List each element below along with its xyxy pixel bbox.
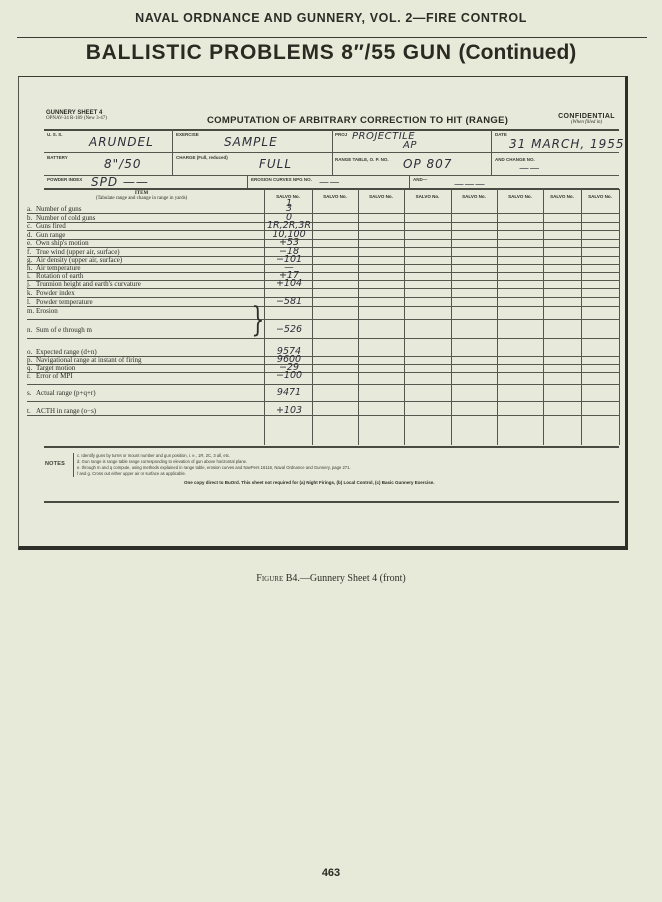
row-rule [27,415,619,416]
item-header: ITEM (Tabulate range and change in range… [19,191,264,201]
row-text: Rotation of earth [36,272,83,280]
row-rule [27,264,619,265]
change-no-label: AND CHANGE NO. [495,157,535,162]
erosion-field[interactable]: —— [319,177,340,188]
gunnery-sheet-form: GUNNERY SHEET 4 OPNAV-34 R-189 (New 3-47… [18,76,628,550]
change-no-field[interactable]: —— [519,163,540,174]
row-label: d.Gun range [27,231,65,239]
running-head: NAVAL ORDNANCE AND GUNNERY, VOL. 2—FIRE … [0,11,662,25]
row-letter: j. [27,280,36,288]
row-rule [27,272,619,273]
classification-note: (When filled in) [558,120,615,125]
battery-label: BATTERY [47,155,68,160]
salvo-column-header: SALVO No. [497,194,543,199]
row-label: p.Navigational range at instant of firin… [27,356,142,364]
row-rule [27,288,619,289]
erosion-label: EROSION CURVES NPG NO. [251,177,312,182]
row-text: ACTH in range (o−s) [36,407,96,415]
column-rule [312,189,313,445]
salvo-column-header: SALVO No. [312,194,358,199]
row-letter: n. [27,326,36,334]
caption-text: —Gunnery Sheet 4 (front) [300,573,406,584]
notes-label: NOTES [45,461,65,467]
row-label: i.Rotation of earth [27,272,83,280]
uss-field[interactable]: ARUNDEL [89,135,154,149]
row-letter: b. [27,214,36,222]
row-letter: d. [27,231,36,239]
charge-label: CHARGE (Full, reduced) [176,155,228,160]
form-id-line2: OPNAV-34 R-189 (New 3-47) [46,116,107,121]
row-rule [27,297,619,298]
salvo-column-header: SALVO No. [358,194,404,199]
row-label: m.Erosion [27,307,58,315]
row-label: k.Powder index [27,289,75,297]
column-rule [619,189,620,445]
projectile-type-field[interactable]: AP [403,140,417,151]
powder-index-field[interactable]: SPD —— [91,175,149,189]
row-letter: f. [27,248,36,256]
salvo-column-header: SALVO No. [581,194,619,199]
row-text: Erosion [36,307,58,315]
range-table-label: RANGE TABLE, O. P. NO. [335,157,389,162]
row-label: t.ACTH in range (o−s) [27,407,96,415]
row-label: j.Trunnion height and earth's curvature [27,280,141,288]
salvo-1-value[interactable]: 9471 [266,387,312,398]
powder-index-label: POWDER INDEX [47,177,82,182]
column-rule [358,189,359,445]
row-rule [27,239,619,240]
page-title-suffix: (Continued) [459,41,577,64]
date-label: DATE [495,132,507,137]
row-label: a.Number of guns [27,205,82,213]
date-field[interactable]: 31 MARCH, 1955 [509,137,625,151]
and-field[interactable]: ——— [454,179,486,190]
row-label: f.True wind (upper air, surface) [27,248,120,256]
notes-list: c. Identify guns by turret or mount numb… [73,453,351,477]
rule [247,175,248,188]
classification: CONFIDENTIAL [558,113,615,120]
row-text: Air temperature [36,264,81,272]
row-label: e.Own ship's motion [27,239,89,247]
row-letter: o. [27,348,36,356]
row-rule [27,401,619,402]
row-label: q.Target motion [27,364,75,372]
row-letter: c. [27,222,36,230]
row-rule [27,364,619,365]
row-text: Trunnion height and earth's curvature [36,280,141,288]
column-rule [497,189,498,445]
row-text: Target motion [36,364,75,372]
row-label: l.Powder temperature [27,298,93,306]
row-rule [27,213,619,214]
row-label: o.Expected range (d+n) [27,348,97,356]
row-letter: t. [27,407,36,415]
row-letter: a. [27,205,36,213]
row-rule [27,306,619,307]
row-text: Own ship's motion [36,239,89,247]
row-rule [27,319,619,320]
column-rule [543,189,544,445]
row-rule [27,230,619,231]
row-text: Actual range (p+q+r) [36,389,96,397]
exercise-label: EXERCISE [176,132,199,137]
row-rule [27,384,619,385]
header-rule [17,37,647,38]
uss-label: U. S. S. [47,132,63,137]
rule [44,501,619,503]
row-label: c.Guns fired [27,222,66,230]
page-number: 463 [0,867,662,879]
salvo-column-header: SALVO No. [451,194,497,199]
row-rule [27,372,619,373]
brace-icon: } [251,303,264,337]
form-identifier: GUNNERY SHEET 4 OPNAV-34 R-189 (New 3-47… [46,110,107,121]
row-text: Error of MPI [36,372,73,380]
caption-prefix: Figure B4. [256,573,300,584]
range-table-field[interactable]: OP 807 [403,157,452,171]
charge-field[interactable]: FULL [259,157,292,171]
row-letter: i. [27,272,36,280]
row-text: Powder index [36,289,75,297]
figure-caption: Figure B4.—Gunnery Sheet 4 (front) [0,573,662,584]
row-letter: r. [27,372,36,380]
row-text: Expected range (d+n) [36,348,97,356]
row-text: Powder temperature [36,298,93,306]
salvo-1-value[interactable]: −100 [266,370,312,381]
row-label: g.Air density (upper air, surface) [27,256,122,264]
row-letter: q. [27,364,36,372]
rule [172,129,173,175]
rule [332,129,333,175]
row-letter: l. [27,298,36,306]
battery-field[interactable]: 8"/50 [104,157,141,171]
row-letter: s. [27,389,36,397]
row-letter: e. [27,239,36,247]
column-rule [451,189,452,445]
salvo-1-value[interactable]: −526 [266,324,312,335]
and-label: AND— [413,177,427,182]
projectile-label: PROJ [335,132,347,137]
form-title: COMPUTATION OF ARBITRARY CORRECTION TO H… [207,115,508,126]
page-title-main: BALLISTIC PROBLEMS 8″/55 GUN [86,41,452,64]
row-label: s.Actual range (p+q+r) [27,389,96,397]
row-text: Guns fired [36,222,66,230]
rule [491,129,492,175]
row-letter: m. [27,307,36,315]
row-rule [27,338,619,339]
row-text: True wind (upper air, surface) [36,248,120,256]
row-letter: h. [27,264,36,272]
row-text: Navigational range at instant of firing [36,356,142,364]
page-title: BALLISTIC PROBLEMS 8″/55 GUN (Continued) [0,41,662,65]
classification-block: CONFIDENTIAL (When filled in) [558,113,615,125]
exercise-field[interactable]: SAMPLE [224,135,278,149]
rule [409,175,410,188]
row-label: r.Error of MPI [27,372,73,380]
column-rule [581,189,582,445]
note-item: f and g. Cross out either upper air or s… [77,471,351,477]
column-rule [404,189,405,445]
row-text: Sum of e through m [36,326,92,334]
row-rule [27,222,619,223]
salvo-column-header: SALVO No. [404,194,451,199]
row-text: Number of guns [36,205,82,213]
row-text: Number of cold guns [36,214,95,222]
rule [44,446,619,448]
salvo-column-header: SALVO No. [543,194,581,199]
row-letter: g. [27,256,36,264]
item-header-subtitle: (Tabulate range and change in range in y… [19,196,264,201]
row-label: n.Sum of e through m [27,326,92,334]
row-label: h.Air temperature [27,264,81,272]
row-text: Gun range [36,231,65,239]
row-label: b.Number of cold guns [27,214,95,222]
row-letter: k. [27,289,36,297]
footer-note: One copy direct to BuOrd. This sheet not… [184,480,435,485]
row-letter: p. [27,356,36,364]
row-text: Air density (upper air, surface) [36,256,122,264]
